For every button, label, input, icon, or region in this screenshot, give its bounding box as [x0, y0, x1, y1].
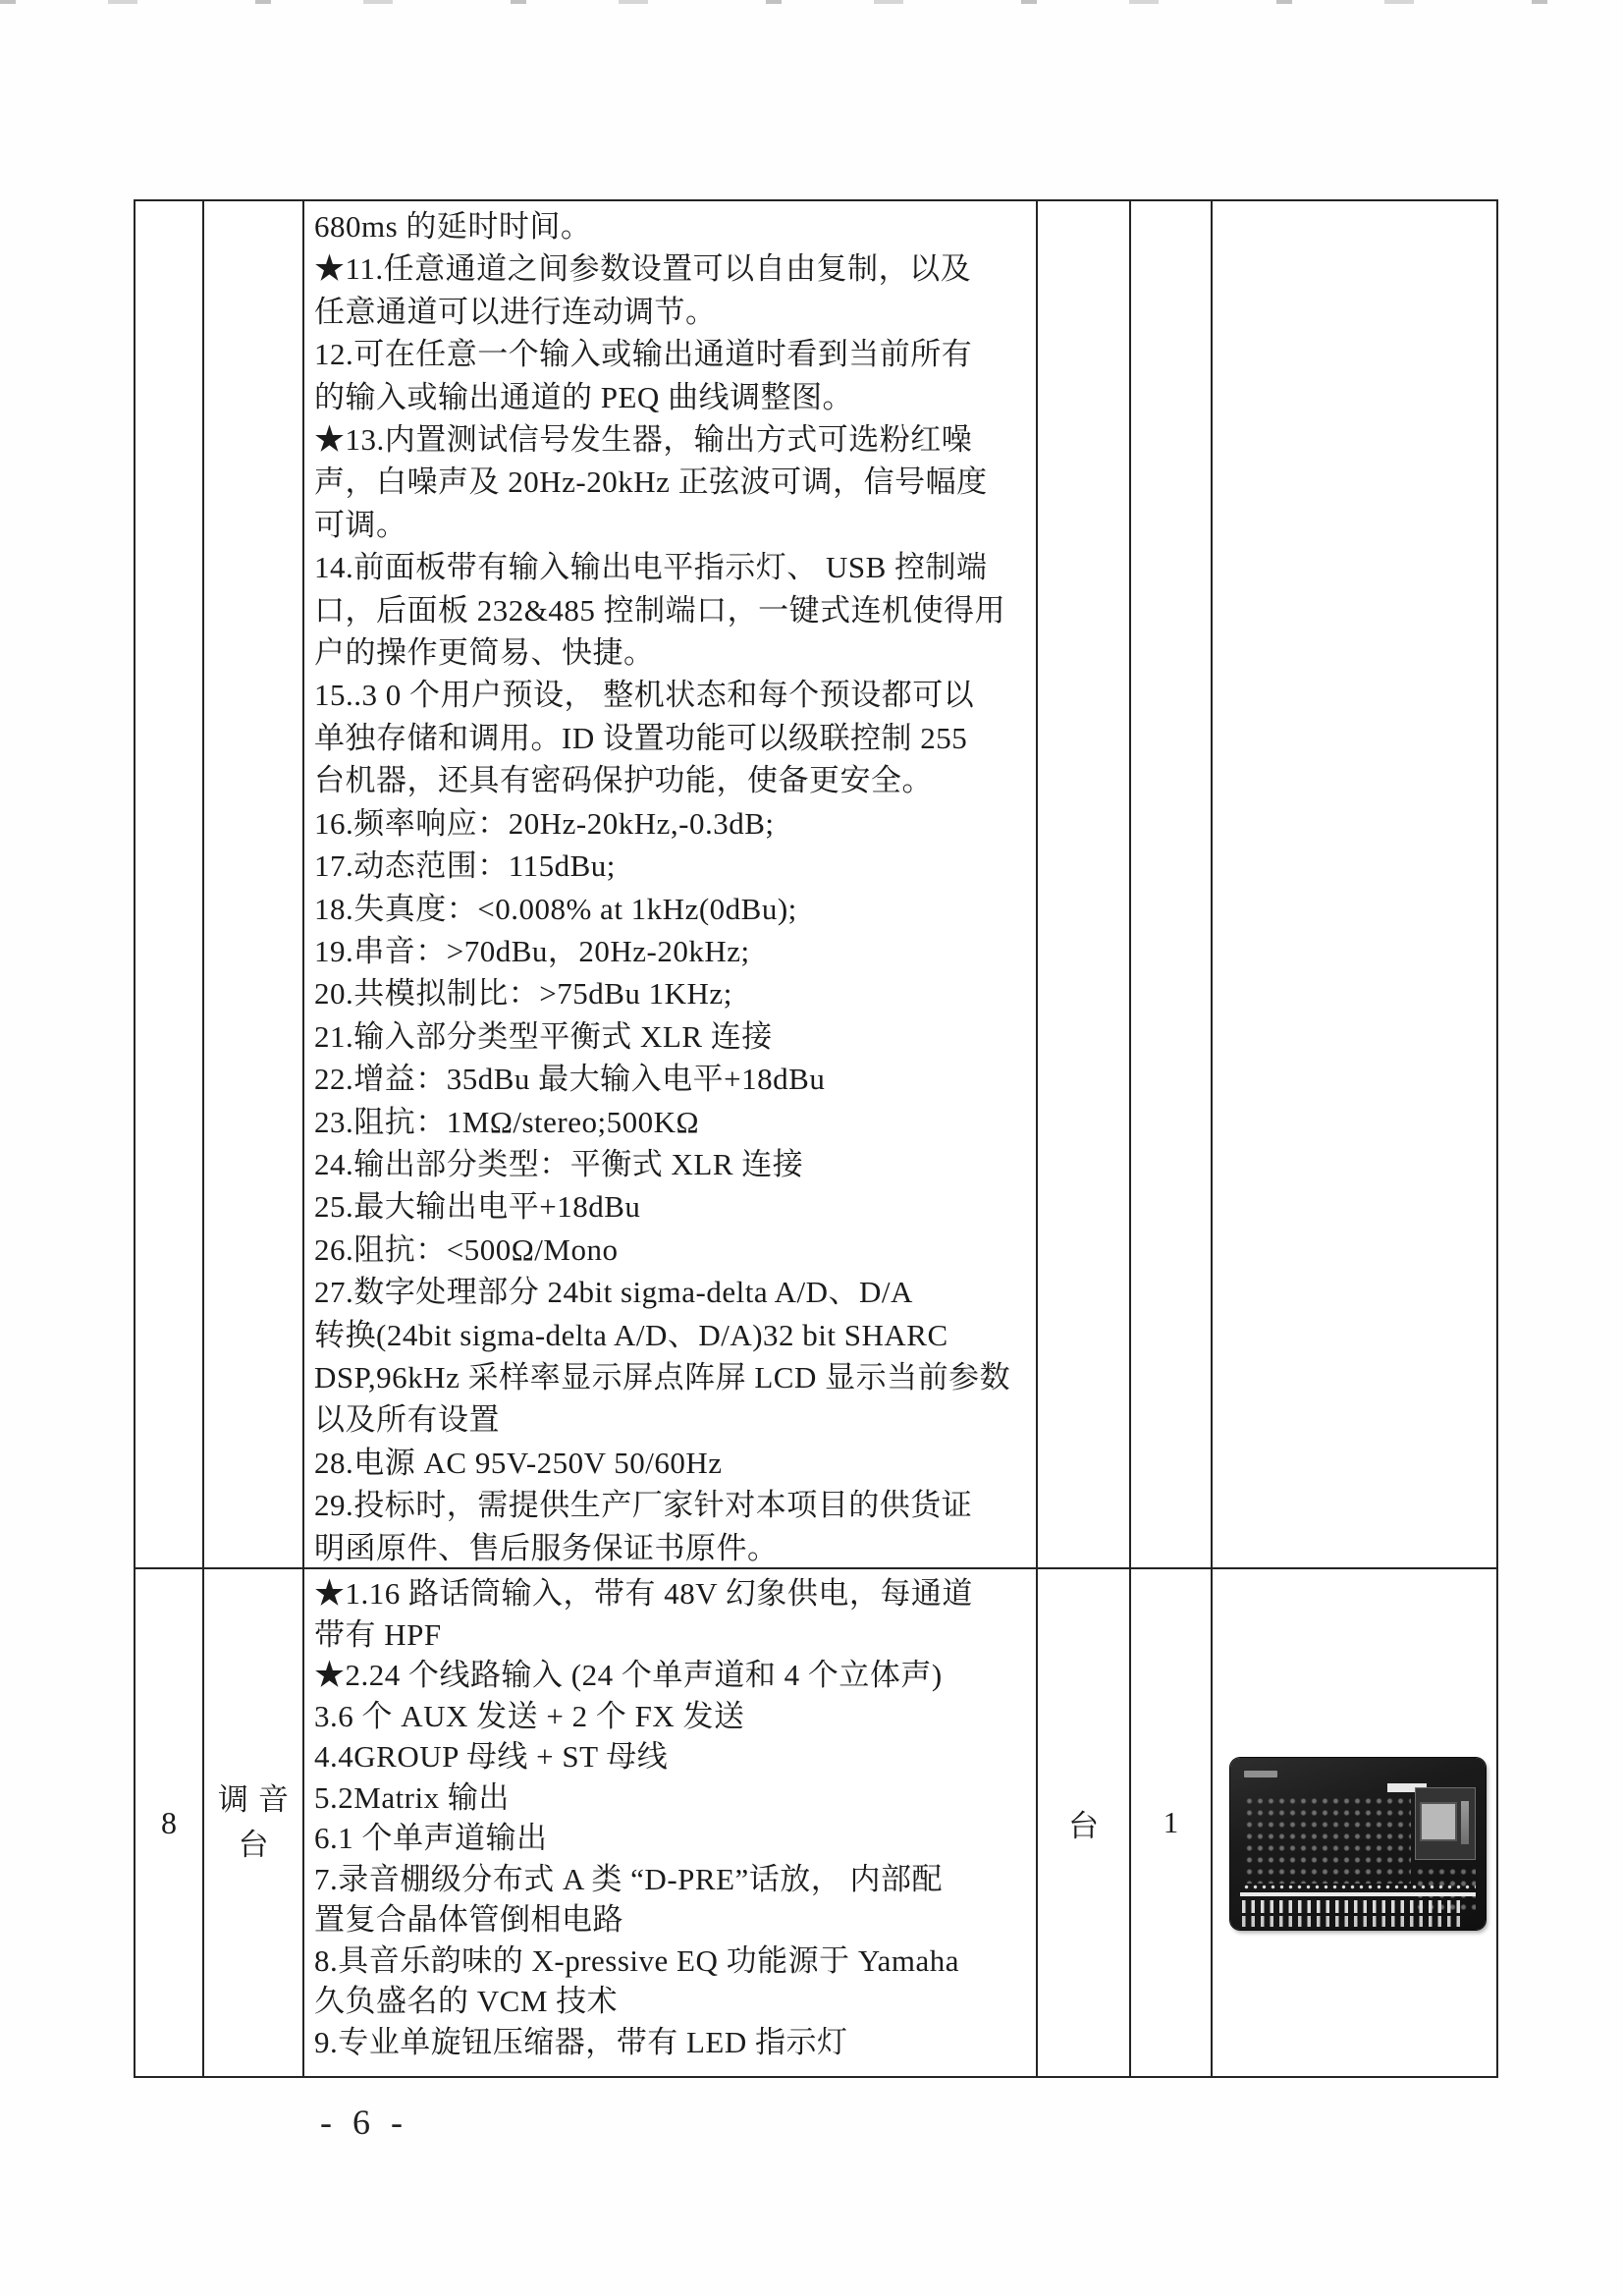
- spec-line: 5.2Matrix 输出: [314, 1777, 1032, 1819]
- spec-line: 27.数字处理部分 24bit sigma-delta A/D、D/A: [314, 1271, 1032, 1313]
- spec-line: 的输入或输出通道的 PEQ 曲线调整图。: [314, 376, 1032, 418]
- row2-qty-cell: 1: [1131, 1569, 1213, 2076]
- spec-line: 12.可在任意一个输入或输出通道时看到当前所有: [314, 333, 1032, 375]
- mixer-knob-field: [1242, 1793, 1411, 1884]
- row2-spec-cell: ★1.16 路话筒输入，带有 48V 幻象供电，每通道带有 HPF★2.24 个…: [304, 1569, 1038, 2076]
- spec-line: 9.专业单旋钮压缩器，带有 LED 指示灯: [314, 2022, 1032, 2063]
- unit-value: 台: [1068, 1801, 1099, 1845]
- row2-image-cell: [1213, 1569, 1496, 2076]
- row2-item-no-cell: 8: [135, 1569, 204, 2076]
- spec-line: 680ms 的延时时间。: [314, 205, 1032, 247]
- spec-line: 16.频率响应：20Hz-20kHz,-0.3dB;: [314, 802, 1032, 845]
- spec-line: 7.录音棚级分布式 A 类 “D-PRE”话放， 内部配: [314, 1859, 1032, 1900]
- scanner-noise-artifact: [0, 0, 1623, 4]
- spec-line: 8.具音乐韵味的 X-pressive EQ 功能源于 Yamaha: [314, 1941, 1032, 1982]
- spec-line: 22.增益：35dBu 最大输入电平+18dBu: [314, 1058, 1032, 1100]
- item-name-line: 台: [239, 1823, 269, 1868]
- spec-line: 4.4GROUP 母线 + ST 母线: [314, 1736, 1032, 1777]
- spec-line: 转换(24bit sigma-delta A/D、D/A)32 bit SHAR…: [314, 1314, 1032, 1356]
- row1-item-no-cell: [135, 201, 204, 1569]
- mixer-divider-strip: [1240, 1892, 1476, 1896]
- mixer-display: [1422, 1804, 1455, 1839]
- mixer-brand-logo: [1244, 1771, 1277, 1777]
- row1-item-name-cell: [204, 201, 304, 1569]
- row1-spec-cell: 680ms 的延时时间。★11.任意通道之间参数设置可以自由复制，以及任意通道可…: [304, 201, 1038, 1569]
- spec-line: DSP,96kHz 采样率显示屏点阵屏 LCD 显示当前参数: [314, 1356, 1032, 1398]
- row1-image-cell: [1213, 201, 1496, 1569]
- equipment-spec-table: 680ms 的延时时间。★11.任意通道之间参数设置可以自由复制，以及任意通道可…: [134, 199, 1498, 2078]
- spec-line: ★13.内置测试信号发生器，输出方式可选粉红噪: [314, 418, 1032, 461]
- spec-line: ★1.16 路话筒输入，带有 48V 幻象供电，每通道: [314, 1573, 1032, 1614]
- spec-line: ★2.24 个线路输入 (24 个单声道和 4 个立体声): [314, 1655, 1032, 1696]
- spec-line: 18.失真度：<0.008% at 1kHz(0dBu);: [314, 888, 1032, 930]
- mixer-master-section: [1415, 1787, 1476, 1860]
- spec-line: 24.输出部分类型：平衡式 XLR 连接: [314, 1143, 1032, 1185]
- spec-line: 25.最大输出电平+18dBu: [314, 1185, 1032, 1228]
- row1-qty-cell: [1131, 201, 1213, 1569]
- spec-line: 任意通道可以进行连动调节。: [314, 291, 1032, 333]
- spec-line: 14.前面板带有输入输出电平指示灯、 USB 控制端: [314, 546, 1032, 588]
- spec-line: 20.共模拟制比：>75dBu 1KHz;: [314, 972, 1032, 1014]
- spec-line: 19.串音：>70dBu，20Hz-20kHz;: [314, 930, 1032, 972]
- spec-line: 置复合晶体管倒相电路: [314, 1899, 1032, 1941]
- mixer-product-photo: [1230, 1758, 1486, 1930]
- item-number: 8: [161, 1805, 177, 1841]
- spec-line: 21.输入部分类型平衡式 XLR 连接: [314, 1015, 1032, 1058]
- quantity-value: 1: [1163, 1805, 1179, 1840]
- spec-line: 3.6 个 AUX 发送 + 2 个 FX 发送: [314, 1696, 1032, 1737]
- spec-line: 以及所有设置: [314, 1398, 1032, 1441]
- spec-line: 久负盛名的 VCM 技术: [314, 1981, 1032, 2022]
- spec-line: 17.动态范围：115dBu;: [314, 845, 1032, 887]
- spec-line: 带有 HPF: [314, 1614, 1032, 1656]
- spec-line: 声，白噪声及 20Hz-20kHz 正弦波可调，信号幅度: [314, 461, 1032, 503]
- spec-line: 23.阻抗：1MΩ/stereo;500KΩ: [314, 1101, 1032, 1143]
- spec-line: 口，后面板 232&485 控制端口，一键式连机使得用: [314, 589, 1032, 631]
- spec-line: 28.电源 AC 95V-250V 50/60Hz: [314, 1442, 1032, 1484]
- item-name-line: 调音: [208, 1777, 298, 1823]
- mixer-button-row: [1242, 1884, 1476, 1890]
- spec-line: 明函原件、售后服务保证书原件。: [314, 1527, 1032, 1569]
- row2-unit-cell: 台: [1038, 1569, 1131, 2076]
- spec-line: 单独存储和调用。ID 设置功能可以级联控制 255: [314, 717, 1032, 759]
- page-number: - 6 -: [320, 2102, 408, 2143]
- spec-line: 台机器，还具有密码保护功能，使备更安全。: [314, 759, 1032, 801]
- spec-line: 26.阻抗：<500Ω/Mono: [314, 1229, 1032, 1271]
- spec-line: 15..3 0 个用户预设， 整机状态和每个预设都可以: [314, 674, 1032, 716]
- row2-item-name-cell: 调音 台: [204, 1569, 304, 2076]
- mixer-fader-row-upper: [1242, 1900, 1466, 1913]
- spec-line: 户的操作更简易、快捷。: [314, 631, 1032, 674]
- mixer-master-fader: [1461, 1801, 1469, 1844]
- spec-line: ★11.任意通道之间参数设置可以自由复制，以及: [314, 247, 1032, 290]
- spec-line: 29.投标时，需提供生产厂家针对本项目的供货证: [314, 1484, 1032, 1526]
- mixer-fader-row-lower: [1242, 1916, 1466, 1927]
- spec-line: 6.1 个单声道输出: [314, 1818, 1032, 1859]
- spec-line: 可调。: [314, 504, 1032, 546]
- row1-unit-cell: [1038, 201, 1131, 1569]
